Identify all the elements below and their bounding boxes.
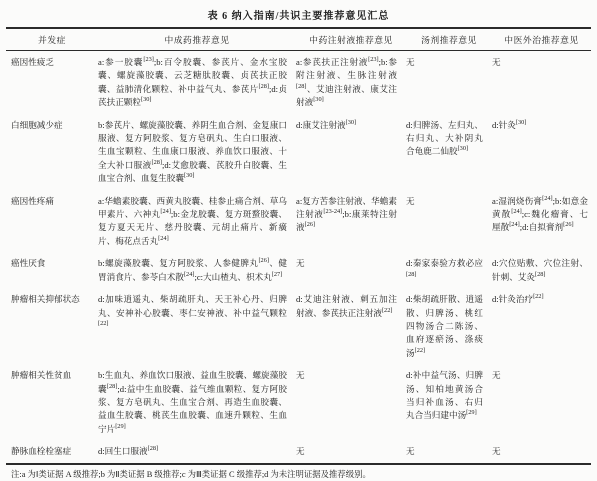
cell-decoction: d:秦家泰验方救必应[28] — [406, 257, 492, 284]
header-injection: 中药注射液推荐意见 — [296, 33, 406, 46]
cell-injection: 无 — [296, 257, 406, 284]
table-row: 癌性厌食 b:螺旋藻胶囊、复方阿胶浆、人参健脾丸[26]、健胃消食片、参苓白术散… — [6, 252, 591, 288]
table-title: 表 6 纳入指南/共识主要推荐意见汇总 — [6, 4, 591, 27]
cell-decoction: 无 — [406, 195, 492, 249]
cell-patent-medicine: d:回生口服液[28] — [98, 445, 296, 458]
recommendations-table: 并发症 中成药推荐意见 中药注射液推荐意见 汤剂推荐意见 中医外治推荐意见 癌因… — [6, 27, 591, 465]
cell-external-treatment: a:湿润烧伤膏[24];b:如意金黄散[24];c:魏化瘤膏、七厘散[24];d… — [492, 195, 591, 249]
cell-complication: 癌因性疲乏 — [6, 56, 98, 110]
cell-decoction: d:柴胡疏肝散、逍遥散、归脾汤、桃红四物汤合二陈汤、血府逐瘀汤、涤痰汤[22] — [406, 293, 492, 360]
table-row: 白细胞减少症 b:参芪片、螺旋藻胶囊、养阴生血合剂、金复康口服液、复方阿胶浆、复… — [6, 114, 591, 190]
cell-injection: 无 — [296, 369, 406, 436]
cell-external-treatment: d:针灸治疗[22] — [492, 293, 591, 360]
cell-decoction: 无 — [406, 56, 492, 110]
cell-injection: d:康艾注射液[30] — [296, 119, 406, 186]
table-row: 静脉血栓栓塞症 d:回生口服液[28] 无 无 无 — [6, 440, 591, 462]
table-row: 肿瘤相关性贫血 b:生血丸、养血饮口服液、益血生胶囊、螺旋藻胶囊[28];d:益… — [6, 364, 591, 440]
cell-patent-medicine: d:加味逍遥丸、柴胡疏肝丸、天王补心丹、归脾丸、安神补心胶囊、枣仁安神液、补中益… — [98, 293, 296, 360]
cell-decoction: 无 — [406, 445, 492, 458]
header-complication: 并发症 — [6, 33, 98, 46]
cell-injection: a:复方苦参注射液、华蟾素注射液[23-24];b:康莱特注射液[26] — [296, 195, 406, 249]
cell-external-treatment: d:针灸[30] — [492, 119, 591, 186]
cell-decoction: d:归脾汤、左归丸、右归丸、大补阴丸合龟鹿二仙胶[30] — [406, 119, 492, 186]
cell-complication: 肿瘤相关性贫血 — [6, 369, 98, 436]
cell-patent-medicine: b:螺旋藻胶囊、复方阿胶浆、人参健脾丸[26]、健胃消食片、参苓白术散[24];… — [98, 257, 296, 284]
cell-complication: 癌性厌食 — [6, 257, 98, 284]
table-row: 肿瘤相关抑郁状态 d:加味逍遥丸、柴胡疏肝丸、天王补心丹、归脾丸、安神补心胶囊、… — [6, 288, 591, 364]
table-body: 癌因性疲乏 a:参一胶囊[23];b:百令胶囊、参芪片、金水宝胶囊、螺旋藻胶囊、… — [6, 51, 591, 463]
cell-patent-medicine: a:参一胶囊[23];b:百令胶囊、参芪片、金水宝胶囊、螺旋藻胶囊、云芝糖肽胶囊… — [98, 56, 296, 110]
document-page: 表 6 纳入指南/共识主要推荐意见汇总 并发症 中成药推荐意见 中药注射液推荐意… — [0, 0, 597, 481]
cell-patent-medicine: b:参芪片、螺旋藻胶囊、养阴生血合剂、金复康口服液、复方阿胶浆、复方皂矾丸、生白… — [98, 119, 296, 186]
cell-external-treatment: d:穴位贴敷、穴位注射、针刺、艾灸[28] — [492, 257, 591, 284]
cell-decoction: d:补中益气汤、归脾汤、知柏地黄汤合当归补血汤、右归丸合当归建中汤[29] — [406, 369, 492, 436]
cell-injection: d:艾迪注射液、刺五加注射液、参芪扶正注射液[22] — [296, 293, 406, 360]
table-row: 癌因性疼痛 a:华蟾素胶囊、西黄丸胶囊、桂参止痛合剂、草乌甲素片、六神丸[24]… — [6, 190, 591, 253]
cell-external-treatment: 无 — [492, 369, 591, 436]
cell-complication: 肿瘤相关抑郁状态 — [6, 293, 98, 360]
cell-patent-medicine: a:华蟾素胶囊、西黄丸胶囊、桂参止痛合剂、草乌甲素片、六神丸[24];b:金龙胶… — [98, 195, 296, 249]
table-row: 癌因性疲乏 a:参一胶囊[23];b:百令胶囊、参芪片、金水宝胶囊、螺旋藻胶囊、… — [6, 51, 591, 114]
cell-external-treatment: 无 — [492, 445, 591, 458]
header-external-treatment: 中医外治推荐意见 — [492, 33, 591, 46]
header-patent-medicine: 中成药推荐意见 — [98, 33, 296, 46]
cell-complication: 静脉血栓栓塞症 — [6, 445, 98, 458]
table-header-row: 并发症 中成药推荐意见 中药注射液推荐意见 汤剂推荐意见 中医外治推荐意见 — [6, 29, 591, 51]
cell-patent-medicine: b:生血丸、养血饮口服液、益血生胶囊、螺旋藻胶囊[28];d:益中生血胶囊、益气… — [98, 369, 296, 436]
cell-injection: a:参芪扶正注射液[23];b:参附注射液、生脉注射液[28]、艾迪注射液、康艾… — [296, 56, 406, 110]
table-footnote: 注:a 为Ⅰ类证据 A 级推荐;b 为Ⅱ类证据 B 级推荐;c 为Ⅲ类证据 C … — [6, 465, 591, 481]
header-decoction: 汤剂推荐意见 — [406, 33, 492, 46]
cell-injection: 无 — [296, 445, 406, 458]
cell-complication: 白细胞减少症 — [6, 119, 98, 186]
cell-external-treatment: 无 — [492, 56, 591, 110]
cell-complication: 癌因性疼痛 — [6, 195, 98, 249]
